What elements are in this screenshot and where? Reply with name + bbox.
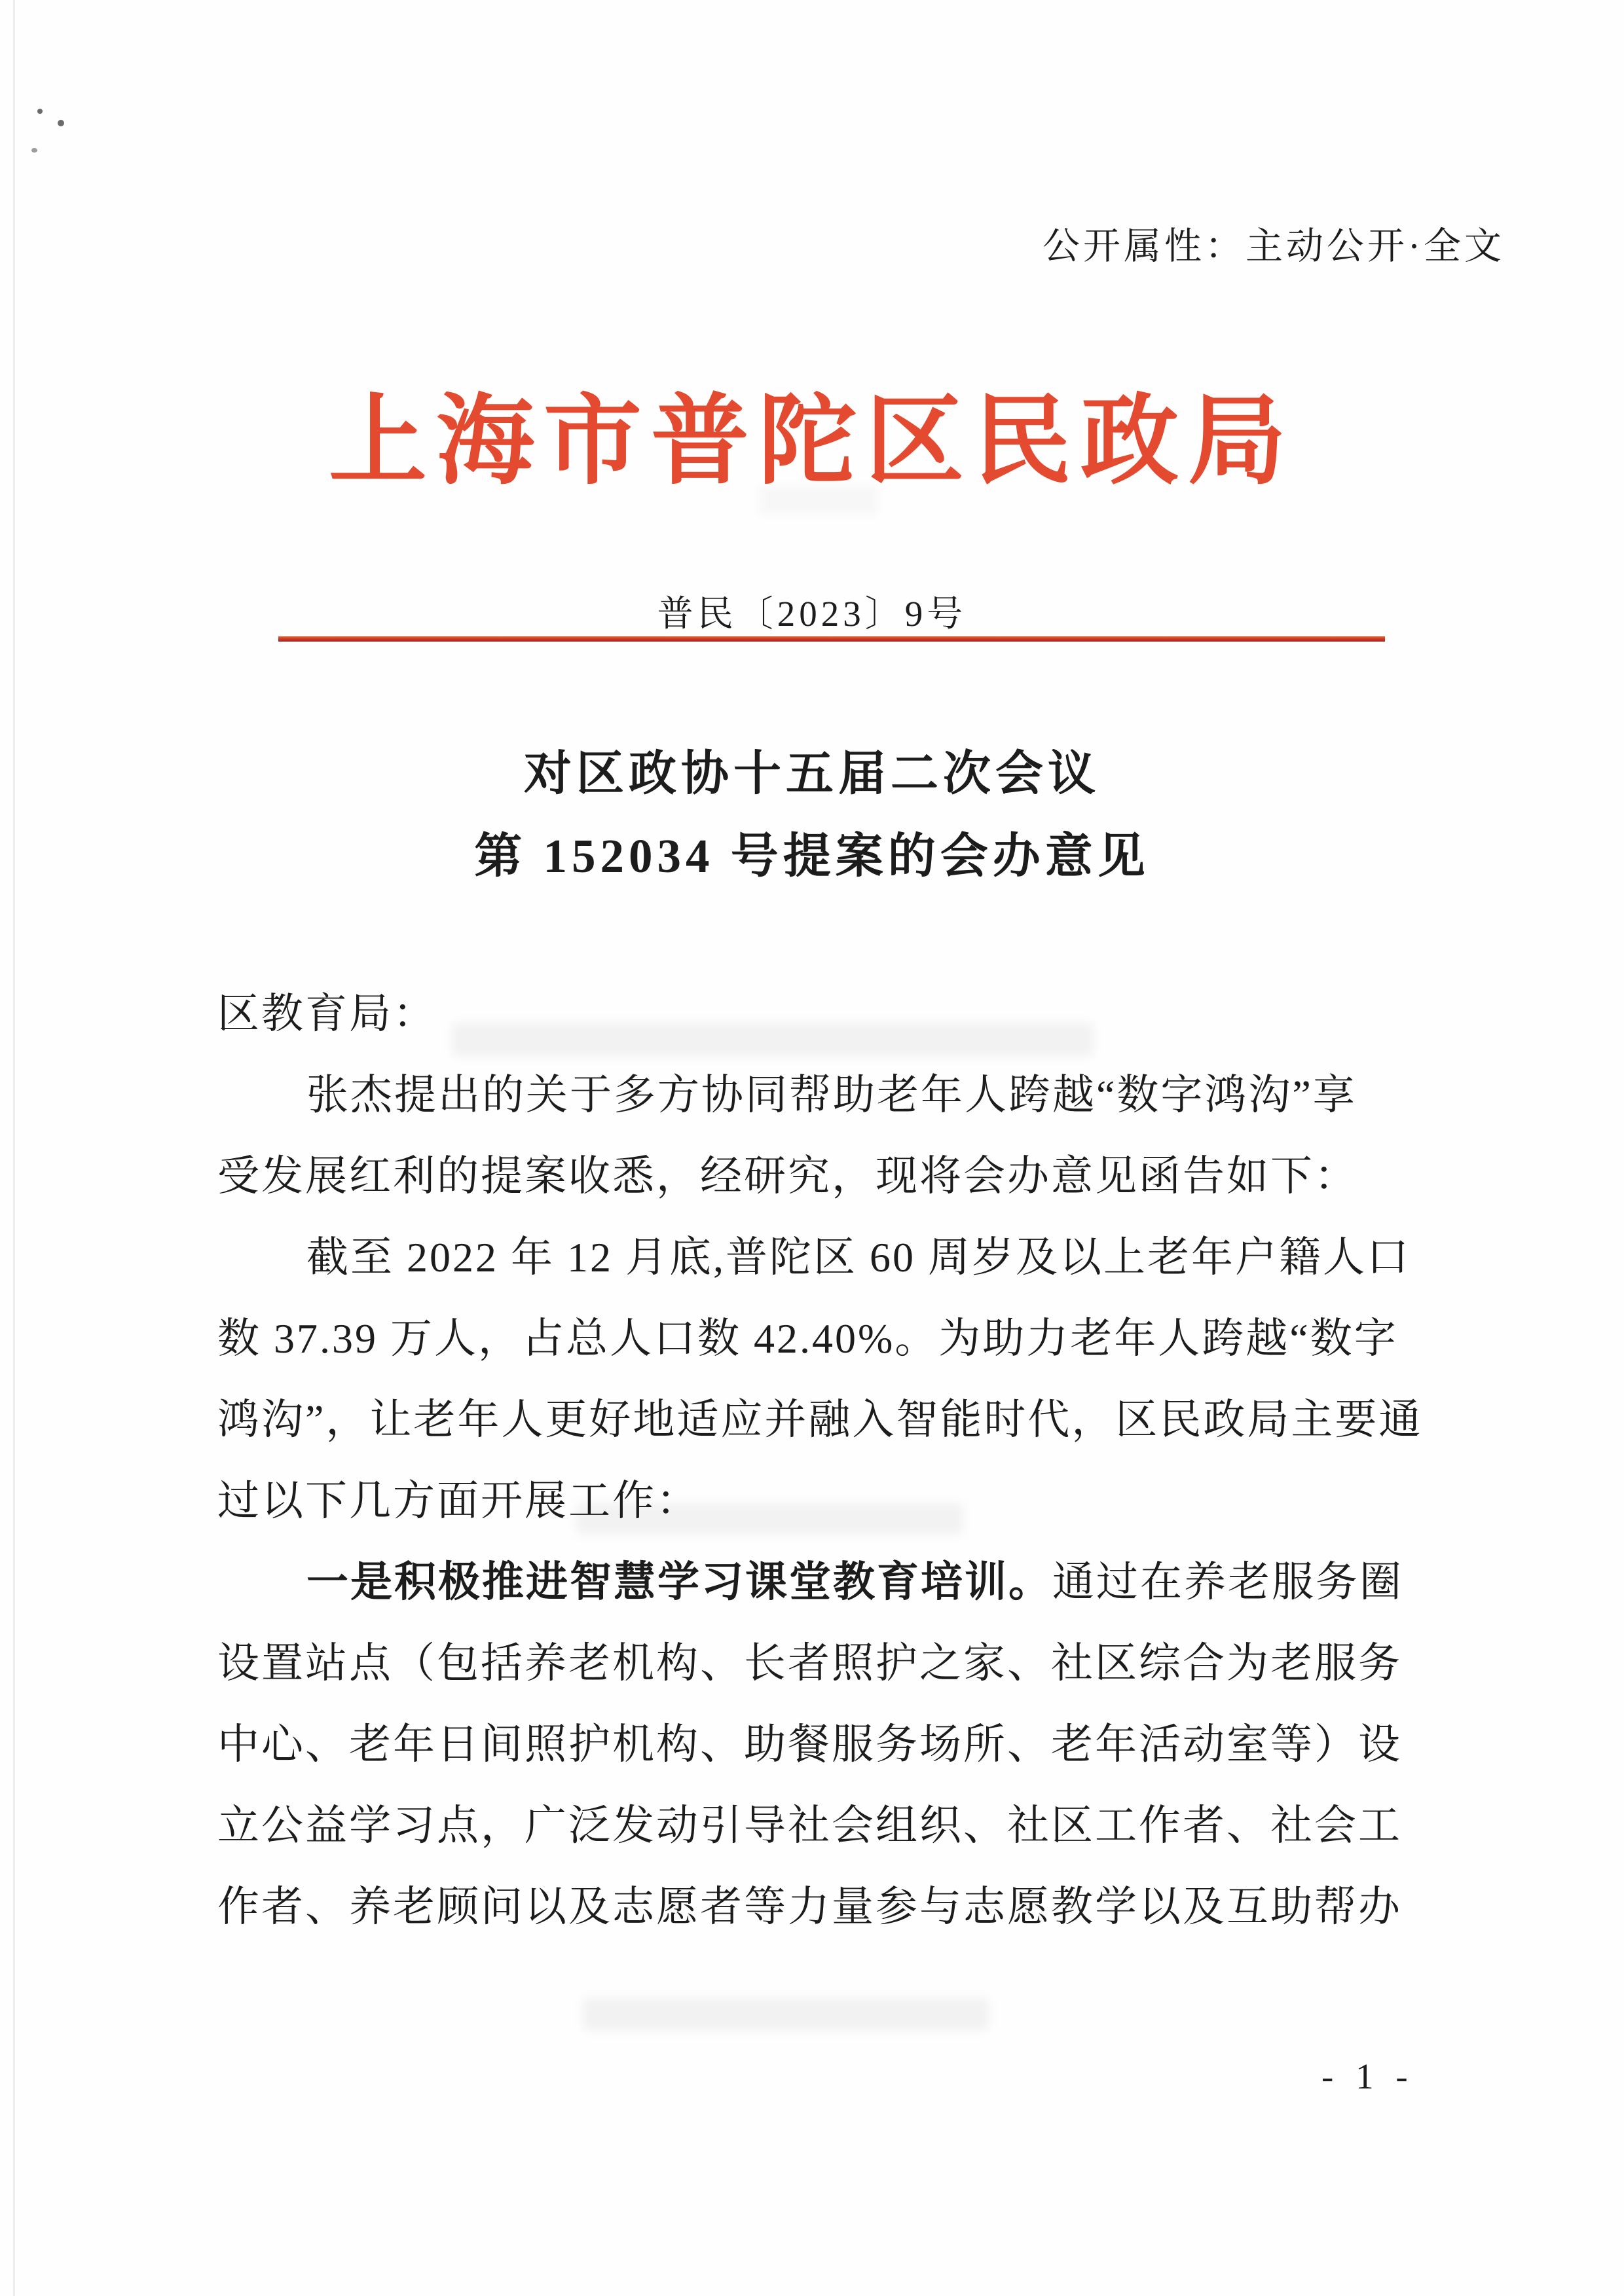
body-segment: 立公益学习点，广泛发动引导社会组织、社区工作者、社会工: [217, 1802, 1402, 1849]
document-number: 普民〔2023〕9号: [0, 585, 1624, 636]
body-line: 过以下几方面开展工作：: [217, 1461, 1416, 1542]
body-segment: 作者、养老顾问以及志愿者等力量参与志愿教学以及互助帮办: [217, 1884, 1402, 1930]
body-segment: 截至 2022 年 12 月底,普陀区 60 周岁及以上老年户籍人口: [306, 1234, 1411, 1281]
body-line: 数 37.39 万人，占总人口数 42.40%。为助力老年人跨越“数字: [217, 1298, 1416, 1379]
body-segment-emphasis: 一是积极推进智慧学习课堂教育培训。: [306, 1559, 1052, 1605]
body-line: 设置站点（包括养老机构、长者照护之家、社区综合为老服务: [217, 1623, 1416, 1704]
body-line: 鸿沟”，让老年人更好地适应并融入智能时代，区民政局主要通: [217, 1379, 1416, 1461]
body-segment: 通过在养老服务圈: [1052, 1559, 1403, 1605]
page-number: - 1 -: [1321, 2056, 1414, 2097]
body-segment: 鸿沟”，让老年人更好地适应并融入智能时代，区民政局主要通: [217, 1396, 1422, 1443]
body-line: 受发展红利的提案收悉，经研究，现将会办意见函告如下：: [217, 1136, 1416, 1217]
body-line: 作者、养老顾问以及志愿者等力量参与志愿教学以及互助帮办: [217, 1867, 1416, 1948]
body-line: 区教育局：: [217, 974, 1416, 1055]
scan-speck-artifact: [58, 120, 64, 126]
body-segment: 区教育局：: [217, 991, 437, 1037]
agency-letterhead-title: 上海市普陀区民政局: [0, 361, 1624, 503]
bleed-through-artifact: [583, 1998, 989, 2031]
body-segment: 张杰提出的关于多方协同帮助老年人跨越“数字鸿沟”享: [306, 1072, 1357, 1118]
document-page: 公开属性：主动公开·全文 上海市普陀区民政局 普民〔2023〕9号 对区政协十五…: [0, 0, 1624, 2296]
scan-speck-artifact: [37, 109, 43, 114]
publicity-attribute-label: 公开属性：主动公开·全文: [1043, 216, 1505, 270]
body-segment: 受发展红利的提案收悉，经研究，现将会办意见函告如下：: [217, 1153, 1358, 1199]
body-text: 区教育局：张杰提出的关于多方协同帮助老年人跨越“数字鸿沟”享受发展红利的提案收悉…: [217, 974, 1416, 1948]
body-segment: 数 37.39 万人，占总人口数 42.40%。为助力老年人跨越“数字: [217, 1315, 1398, 1362]
body-segment: 设置站点（包括养老机构、长者照护之家、社区综合为老服务: [217, 1640, 1402, 1686]
document-title-line-1: 对区政协十五届二次会议: [0, 735, 1624, 803]
body-segment: 中心、老年日间照护机构、助餐服务场所、老年活动室等）设: [217, 1721, 1402, 1768]
body-line: 立公益学习点，广泛发动引导社会组织、社区工作者、社会工: [217, 1785, 1416, 1867]
body-line: 截至 2022 年 12 月底,普陀区 60 周岁及以上老年户籍人口: [217, 1217, 1416, 1298]
body-line: 中心、老年日间照护机构、助餐服务场所、老年活动室等）设: [217, 1704, 1416, 1785]
document-title-line-2: 第 152034 号提案的会办意见: [0, 817, 1624, 886]
scan-speck-artifact: [31, 148, 37, 153]
body-line: 一是积极推进智慧学习课堂教育培训。通过在养老服务圈: [217, 1542, 1416, 1623]
body-line: 张杰提出的关于多方协同帮助老年人跨越“数字鸿沟”享: [217, 1055, 1416, 1136]
body-segment: 过以下几方面开展工作：: [217, 1478, 700, 1524]
scan-edge-artifact: [13, 0, 15, 2296]
red-divider-rule: [278, 636, 1385, 642]
